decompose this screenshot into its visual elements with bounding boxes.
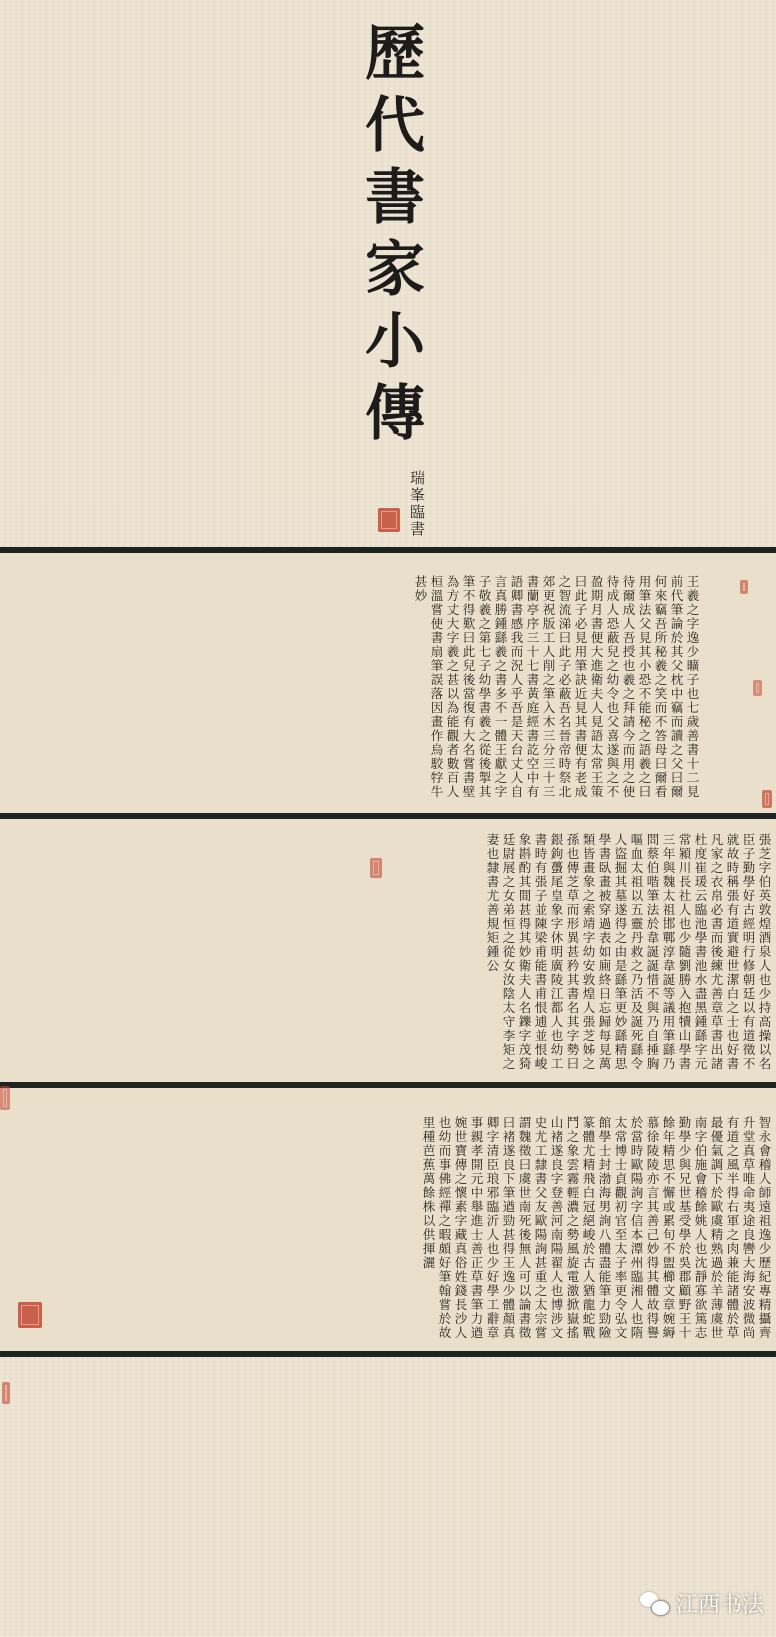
- seal-icon: [0, 1086, 10, 1110]
- text-panel-2: 張芝字伯英敦煌酒泉人也少持高操以名臣子勤學好古經明行修朝廷以有道徵不就故時稱張有…: [0, 819, 776, 1082]
- title-char: 歷: [365, 18, 425, 90]
- seal-icon: [753, 680, 762, 696]
- title-char: 小: [365, 306, 425, 378]
- title-seal-icon: [378, 508, 400, 532]
- seal-icon: [370, 858, 382, 878]
- calligraphy-text: 王羲之字逸少曠子也七歲善書十二見前代筆論於其父枕中竊而讀之父曰爾何來竊吾所秘羲之…: [4, 575, 700, 805]
- seal-icon: [762, 790, 772, 808]
- title-char: 代: [365, 90, 425, 162]
- artist-signature: 瑞峯臨書: [407, 470, 428, 538]
- title-char: 書: [365, 162, 425, 234]
- calligraphy-text: 張芝字伯英敦煌酒泉人也少持高操以名臣子勤學好古經明行修朝廷以有道徵不就故時稱張有…: [4, 833, 772, 1073]
- wechat-icon: [640, 1592, 670, 1616]
- divider-rule: [0, 1351, 776, 1357]
- seal-icon: [740, 580, 748, 594]
- wechat-watermark: 江西书法: [640, 1588, 764, 1619]
- title-char: 傳: [365, 378, 425, 450]
- title-column: 歷 代 書 家 小 傳: [360, 18, 430, 450]
- watermark-label: 江西书法: [676, 1588, 764, 1619]
- seal-icon: [2, 1382, 10, 1404]
- text-panel-3: 智永會稽人師遠祖逸少歷紀專精攝齊升堂真草唯命夷途良轡大海安波微尚有道之風半得右軍…: [0, 1088, 776, 1351]
- title-char: 家: [365, 234, 425, 306]
- artist-seal-icon: [18, 1302, 42, 1328]
- calligraphy-text: 智永會稽人師遠祖逸少歷紀專精攝齊升堂真草唯命夷途良轡大海安波微尚有道之風半得右軍…: [42, 1116, 772, 1348]
- text-panel-1: 王羲之字逸少曠子也七歲善書十二見前代筆論於其父枕中竊而讀之父曰爾何來竊吾所秘羲之…: [0, 553, 776, 813]
